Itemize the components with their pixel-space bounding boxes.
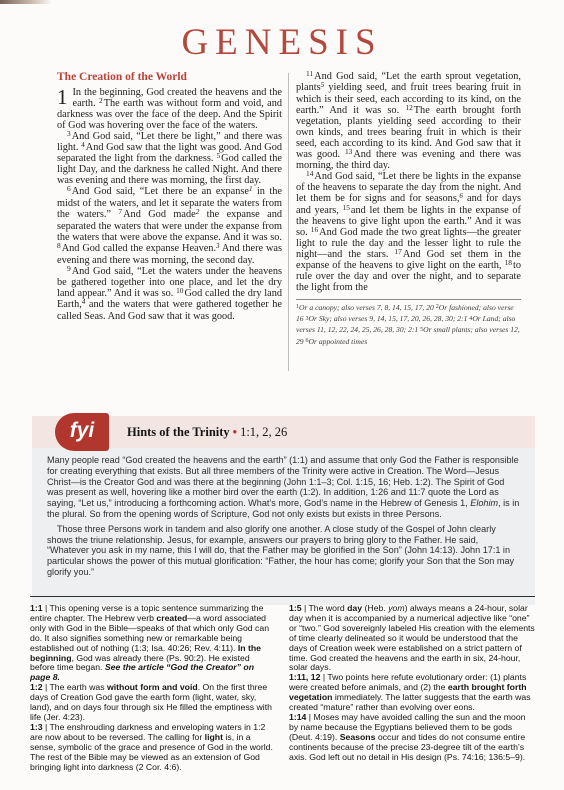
bible-page: GENESIS The Creation of the World 1In th… (0, 0, 564, 790)
bible-right-column: 11And God said, “Let the earth sprout ve… (296, 71, 521, 348)
study-note-1-2: 1:2 | The earth was without form and voi… (30, 683, 276, 723)
fyi-header-band: fyi Hints of the Trinity•1:1, 2, 26 (32, 416, 535, 448)
verse-paragraph-6-8: 6And God said, “Let there be an expanse1… (57, 186, 282, 266)
verse-paragraph-9-10: 9And God said, “Let the waters under the… (57, 266, 282, 322)
fyi-title: Hints of the Trinity (127, 425, 230, 439)
fyi-box: fyi Hints of the Trinity•1:1, 2, 26 Many… (32, 416, 535, 605)
bible-text-section: The Creation of the World 1In the beginn… (57, 71, 521, 385)
verse-paragraph-3-5: 3And God said, “Let there be light,” and… (57, 131, 282, 186)
translation-footnotes: 1Or a canopy; also verses 7, 8, 14, 15, … (296, 299, 521, 348)
fyi-paragraph-2: Those three Persons work in tandem and a… (47, 524, 520, 578)
chapter-number: 1 (57, 87, 73, 107)
page-corner-shadow (0, 0, 52, 4)
bible-left-column: The Creation of the World 1In the beginn… (57, 71, 282, 322)
study-note-1-11-12: 1:11, 12 | Two points here refute evolut… (289, 673, 535, 713)
fyi-reference: 1:1, 2, 26 (240, 425, 287, 439)
fyi-body: Many people read “God created the heaven… (32, 448, 535, 605)
fyi-paragraph-1: Many people read “God created the heaven… (47, 455, 520, 520)
study-note-1-3: 1:3 | The enshrouding darkness and envel… (30, 723, 276, 773)
column-divider (288, 73, 289, 371)
study-note-1-14: 1:14 | Moses may have avoided calling th… (289, 713, 535, 763)
fyi-badge: fyi (55, 413, 109, 451)
book-title: GENESIS (0, 21, 564, 64)
section-heading: The Creation of the World (57, 71, 282, 84)
study-notes-right-column: 1:5 | The word day (Heb. yom) always mea… (289, 604, 535, 772)
verse-paragraph-1-2: 1In the beginning, God created the heave… (57, 87, 282, 131)
verse-paragraph-11-13: 11And God said, “Let the earth sprout ve… (296, 71, 521, 171)
study-notes-section: 1:1 | This opening verse is a topic sent… (30, 604, 535, 772)
verse-text: In the beginning, God created the heaven… (57, 87, 282, 131)
fyi-badge-label: fyi (70, 419, 95, 442)
verse-paragraph-14-18: 14And God said, “Let there be lights in … (296, 171, 521, 293)
study-note-1-5: 1:5 | The word day (Heb. yom) always mea… (289, 604, 535, 673)
fyi-bullet: • (230, 425, 240, 439)
fyi-heading: Hints of the Trinity•1:1, 2, 26 (127, 416, 535, 448)
notes-separator (30, 596, 535, 597)
study-notes-left-column: 1:1 | This opening verse is a topic sent… (30, 604, 276, 772)
study-note-1-1: 1:1 | This opening verse is a topic sent… (30, 604, 276, 683)
